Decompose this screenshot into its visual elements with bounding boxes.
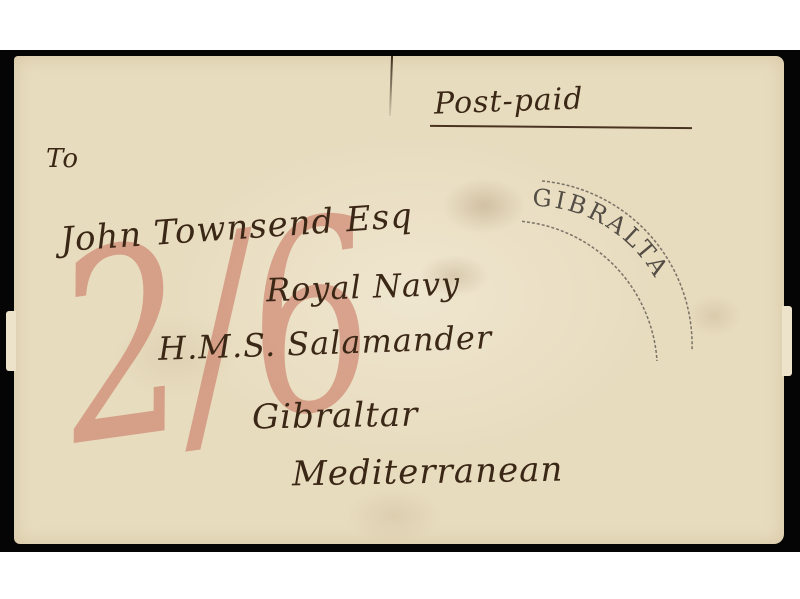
cover-edge-tab-right bbox=[782, 306, 792, 376]
endorsement-underline bbox=[430, 125, 692, 129]
handstamp-text: GIBRALTA bbox=[532, 184, 675, 284]
postal-cover: 2/6 Post-paid To John Townsend Esq Royal… bbox=[14, 56, 784, 544]
gibraltar-handstamp: GIBRALTA bbox=[522, 166, 702, 366]
svg-text:GIBRALTA: GIBRALTA bbox=[532, 184, 675, 284]
address-salutation: To bbox=[46, 144, 79, 174]
cover-edge-tab-left bbox=[6, 311, 16, 371]
photo-black-frame: 2/6 Post-paid To John Townsend Esq Royal… bbox=[0, 50, 800, 552]
address-line-city: Gibraltar bbox=[252, 395, 419, 438]
post-paid-endorsement: Post-paid bbox=[433, 81, 584, 121]
curved-postmark-icon: GIBRALTA bbox=[522, 166, 702, 366]
image-stage: 2/6 Post-paid To John Townsend Esq Royal… bbox=[0, 0, 800, 599]
address-line-region: Mediterranean bbox=[292, 450, 564, 495]
fold-crease bbox=[389, 56, 393, 116]
address-line-service: Royal Navy bbox=[265, 265, 460, 310]
